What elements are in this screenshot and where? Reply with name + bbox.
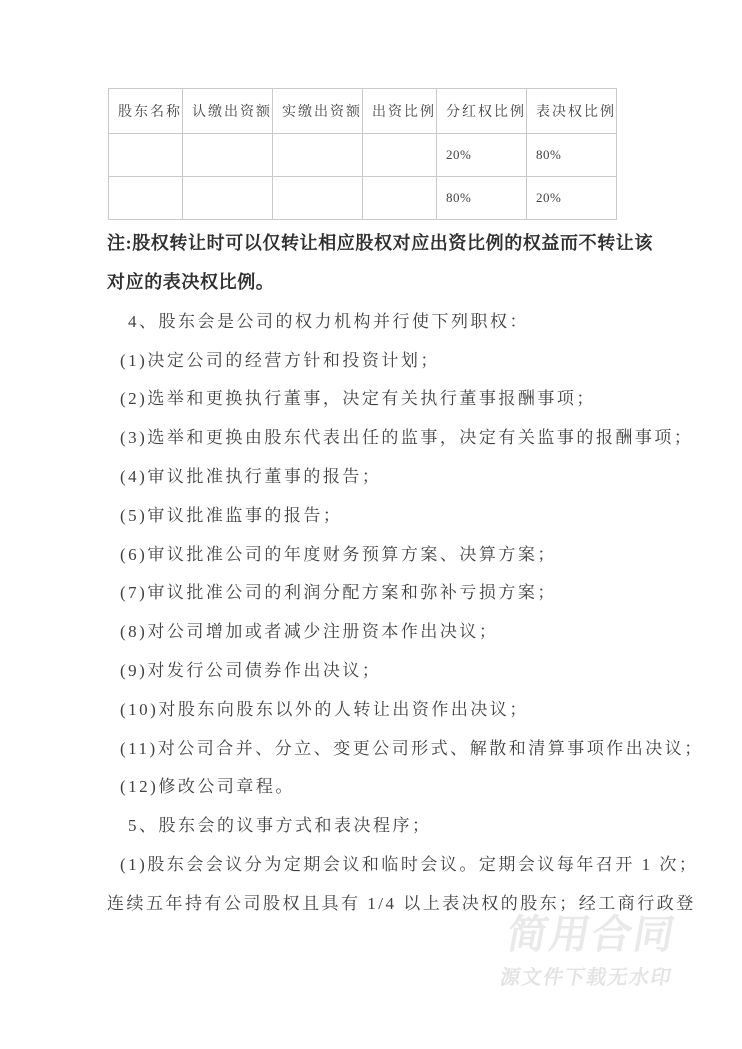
document-body: 4、股东会是公司的权力机构并行使下列职权： (1)决定公司的经营方针和投资计划；… [107, 300, 687, 921]
table-row: 20% 80% [109, 134, 617, 177]
note-line: 对应的表决权比例。 [107, 261, 667, 300]
table-cell-dividend-ratio: 80% [437, 177, 527, 220]
shareholder-table: 股东名称 认缴出资额 实缴出资额 出资比例 分红权比例 表决权比例 20% 80… [108, 88, 617, 220]
clause-4-item-4: (4)审议批准执行董事的报告； [107, 455, 687, 494]
table-cell-dividend-ratio: 20% [437, 134, 527, 177]
clause-4-item-5: (5)审议批准监事的报告； [107, 494, 687, 533]
watermark: 简用合同 源文件下载无水印 [498, 912, 684, 990]
note-line: 注:股权转让时可以仅转让相应股权对应出资比例的权益而不转让该 [107, 222, 667, 261]
clause-5-heading: 5、股东会的议事方式和表决程序； [107, 804, 687, 843]
clause-4-item-7: (7)审议批准公司的利润分配方案和弥补亏损方案； [107, 572, 687, 611]
header-capital-ratio: 出资比例 [363, 89, 437, 134]
table-cell-voting-ratio: 80% [527, 134, 617, 177]
table-cell [363, 134, 437, 177]
clause-5-item-1: (1)股东会会议分为定期会议和临时会议。定期会议每年召开 1 次； [107, 843, 687, 882]
clause-4-item-1: (1)决定公司的经营方针和投资计划； [107, 339, 687, 378]
clause-4-item-11: (11)对公司合并、分立、变更公司形式、解散和清算事项作出决议； [107, 727, 687, 766]
table-cell [273, 177, 363, 220]
table-cell [183, 177, 273, 220]
table-cell [363, 177, 437, 220]
table-cell [109, 177, 183, 220]
clause-4-item-12: (12)修改公司章程。 [107, 766, 687, 805]
table-cell [109, 134, 183, 177]
header-subscribed-capital: 认缴出资额 [183, 89, 273, 134]
clause-4-item-2: (2)选举和更换执行董事，决定有关执行董事报酬事项； [107, 378, 687, 417]
clause-5-item-1-continued: 连续五年持有公司股权且具有 1/4 以上表决权的股东；经工商行政登 [107, 882, 687, 921]
header-paid-in-capital: 实缴出资额 [273, 89, 363, 134]
document-page: 股东名称 认缴出资额 实缴出资额 出资比例 分红权比例 表决权比例 20% 80… [0, 0, 742, 1049]
clause-4-item-8: (8)对公司增加或者减少注册资本作出决议； [107, 610, 687, 649]
clause-4-item-9: (9)对发行公司债券作出决议； [107, 649, 687, 688]
table-header-row: 股东名称 认缴出资额 实缴出资额 出资比例 分红权比例 表决权比例 [109, 89, 617, 134]
clause-4-item-6: (6)审议批准公司的年度财务预算方案、决算方案； [107, 533, 687, 572]
table-row: 80% 20% [109, 177, 617, 220]
table-cell [183, 134, 273, 177]
table-cell [273, 134, 363, 177]
clause-4-item-10: (10)对股东向股东以外的人转让出资作出决议； [107, 688, 687, 727]
header-shareholder-name: 股东名称 [109, 89, 183, 134]
header-voting-right-ratio: 表决权比例 [527, 89, 617, 134]
header-dividend-right-ratio: 分红权比例 [437, 89, 527, 134]
clause-4-heading: 4、股东会是公司的权力机构并行使下列职权： [107, 300, 687, 339]
watermark-tagline-text: 源文件下载无水印 [498, 966, 674, 990]
clause-4-item-3: (3)选举和更换由股东代表出任的监事，决定有关监事的报酬事项； [107, 416, 687, 455]
table-cell-voting-ratio: 20% [527, 177, 617, 220]
transfer-note-paragraph: 注:股权转让时可以仅转让相应股权对应出资比例的权益而不转让该 对应的表决权比例。 [107, 222, 667, 300]
